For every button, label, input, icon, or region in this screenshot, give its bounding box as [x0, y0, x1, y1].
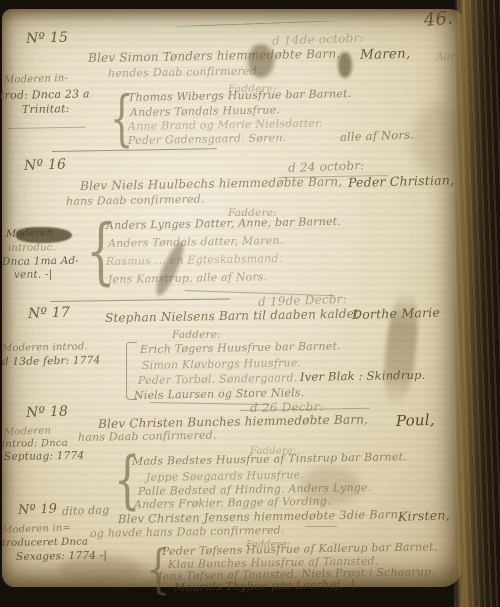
child-name: Kirsten,: [398, 509, 450, 523]
entry-number: Nº 19: [18, 503, 58, 517]
entry-number: Nº 16: [24, 158, 67, 173]
page-number: 46.: [423, 9, 454, 29]
entry-line-tail: Aar: [436, 51, 456, 62]
entry-date: d 24 octobr:: [288, 159, 365, 174]
entry-number: Nº 18: [26, 405, 69, 420]
entry-number: Nº 15: [26, 31, 69, 46]
child-name: Dorthe Marie: [352, 307, 440, 322]
godparent-line: Anne Brand og Marie Nielsdatter.: [128, 118, 323, 132]
godparent-line: Anders Tøndals Huusfrue.: [130, 104, 280, 118]
entry-line: hendes Daab confirmered.: [108, 65, 261, 79]
margin-note: Sexages: 1774 -|: [16, 550, 107, 562]
margin-note: introduc.: [8, 243, 56, 254]
margin-note: troduceret Dnca: [2, 537, 88, 549]
child-name: Poul,: [396, 413, 435, 429]
godparent-line: Peder Gadensgaard. Søren.: [128, 132, 286, 146]
godparent-line: Erich Tøgers Huusfrue bar Barnet.: [140, 340, 341, 355]
godparents-heading: Faddere:: [172, 330, 221, 341]
book-binding-edge: [454, 0, 500, 607]
godparent-line: Jens Kanstrup, alle af Nors.: [108, 271, 268, 285]
entry-line: hans Daab confirmered.: [66, 194, 205, 207]
entry-number: Nº 17: [28, 306, 71, 321]
margin-note: vent. -|: [14, 269, 53, 280]
godparent-line: Niels Laursen og Store Niels.: [134, 387, 305, 401]
godparent-line: Anders Tøndals datter, Maren.: [108, 235, 284, 249]
child-name: Peder Christian,: [348, 174, 455, 189]
entry-date: d 26 Decbr:: [250, 401, 324, 414]
margin-note: Moderen introd.: [2, 343, 88, 354]
flourish-line: [305, 526, 337, 527]
margin-note: d 13de febr: 1774: [2, 355, 101, 367]
margin-note: Septuag: 1774: [4, 451, 84, 463]
entry-date: d 14de octobr:: [272, 32, 364, 47]
entry-line: hans Daab confirmered.: [78, 430, 217, 443]
godparent-line-tail: alle af Nors.: [340, 129, 414, 143]
margin-note: introd: Dnca: [2, 439, 68, 450]
margin-note: Moderen: [6, 228, 53, 240]
godparent-line: Rasmus … en Egteskabsmand.: [106, 253, 283, 267]
entry-date: d 19de Decbr:: [258, 293, 347, 308]
godparent-line-segment: Iver Blak : Skindrup.: [300, 370, 426, 384]
godparent-line: Jeppe Søegaards Huusfrue.: [146, 469, 304, 483]
margin-note: Dnca 1ma Ad-: [2, 256, 79, 268]
entry-line: og havde hans Daab confirmered.: [90, 525, 285, 539]
margin-note: Moderen: [4, 426, 51, 438]
margin-note: trod: Dnca 23 a: [0, 88, 90, 101]
godparent-line: Simon Kløvborgs Huusfrue.: [142, 357, 301, 371]
margin-note: Trinitat:: [22, 103, 70, 115]
godparent-line: Mourids Thyboe paa Leerhøj. -|.: [174, 579, 359, 593]
entry-date: dito dag: [62, 504, 110, 517]
godparent-line: Peder Torbøl. Søndergaard.: [138, 372, 298, 386]
child-name: Maren,: [360, 48, 411, 63]
